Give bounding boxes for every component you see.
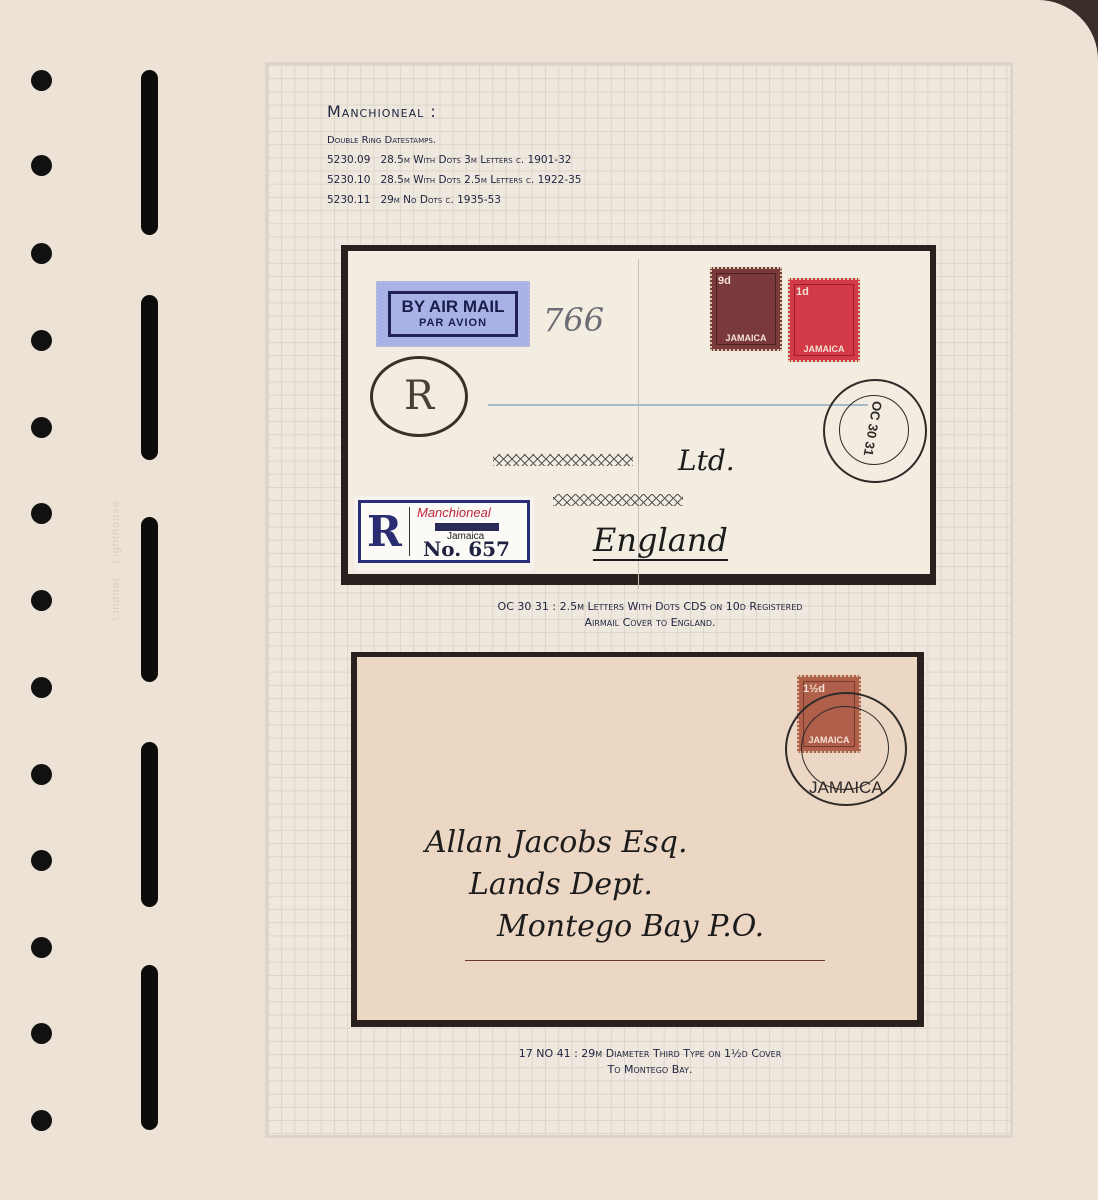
struck-out-text	[493, 454, 633, 466]
type-code: 5230.11	[327, 194, 370, 206]
type-desc: 28.5m With Dots 3m Letters c. 1901-32	[380, 154, 571, 166]
address-underline	[465, 960, 825, 961]
stamp-value: 1d	[796, 286, 809, 298]
registered-airmail-cover: BY AIR MAIL PAR AVION 766 R 9d JAMAICA 1…	[348, 251, 930, 574]
binder-hole	[31, 330, 52, 351]
binder-slot	[141, 517, 158, 682]
stamp-country: JAMAICA	[790, 344, 858, 354]
binder-hole	[31, 677, 52, 698]
caption-line: To Montego Bay.	[420, 1062, 880, 1078]
type-desc: 29m No Dots c. 1935-53	[380, 194, 501, 206]
registration-label: R Manchioneal Jamaica No. 657	[354, 496, 534, 571]
type-row: 5230.11 29m No Dots c. 1935-53	[327, 194, 581, 206]
binder-hole	[31, 1110, 52, 1131]
montego-bay-cover: 1½d JAMAICA JAMAICA Allan Jacobs Esq. La…	[357, 657, 917, 1020]
binder-hole	[31, 70, 52, 91]
registration-office: Manchioneal	[417, 505, 491, 520]
type-row: 5230.09 28.5m With Dots 3m Letters c. 19…	[327, 154, 581, 166]
stamp-country: JAMAICA	[712, 333, 780, 343]
binder-slot	[141, 742, 158, 907]
address-line: England	[593, 521, 728, 561]
binder-slot	[141, 70, 158, 235]
binder-hole	[31, 764, 52, 785]
caption-line: 17 NO 41 : 29m Diameter Third Type on 1½…	[420, 1046, 880, 1062]
registration-number: No. 657	[423, 537, 510, 561]
cds-postmark: OC 30 31	[823, 379, 927, 483]
address-line: Allan Jacobs Esq.	[425, 825, 688, 860]
registration-letter: R	[367, 507, 402, 556]
caption-line: OC 30 31 : 2.5m Letters With Dots CDS on…	[420, 599, 880, 615]
type-code: 5230.10	[327, 174, 370, 186]
binder-hole	[31, 417, 52, 438]
type-desc: 28.5m With Dots 2.5m Letters c. 1922-35	[380, 174, 581, 186]
cover-caption: OC 30 31 : 2.5m Letters With Dots CDS on…	[420, 599, 880, 631]
cover-caption: 17 NO 41 : 29m Diameter Third Type on 1½…	[420, 1046, 880, 1078]
page-watermark: Lindner · Lighthouse	[110, 500, 122, 620]
crayon-line	[488, 404, 868, 406]
manuscript-number: 766	[543, 301, 604, 339]
binder-hole	[31, 1023, 52, 1044]
address-line: Lands Dept.	[469, 867, 653, 902]
r-in-oval-mark: R	[370, 356, 468, 437]
stamp-value: 9d	[718, 275, 731, 287]
stamp-9d: 9d JAMAICA	[710, 267, 782, 351]
address-line: Ltd.	[678, 444, 735, 477]
binder-hole	[31, 850, 52, 871]
cds-postmark: JAMAICA	[785, 692, 907, 806]
stamp-1d: 1d JAMAICA	[788, 278, 860, 362]
stamp-value: 1½d	[803, 683, 825, 695]
binder-slot	[141, 965, 158, 1130]
notes-subtitle: Double Ring Datestamps.	[327, 135, 581, 146]
binder-hole	[31, 590, 52, 611]
binder-hole	[31, 243, 52, 264]
album-page: Lindner · Lighthouse Manchioneal : Doubl…	[0, 0, 1098, 1200]
airmail-label-line1: BY AIR MAIL	[391, 297, 515, 317]
airmail-label-line2: PAR AVION	[391, 317, 515, 329]
header-notes: Manchioneal : Double Ring Datestamps. 52…	[327, 102, 581, 206]
struck-out-text	[553, 494, 683, 506]
airmail-label: BY AIR MAIL PAR AVION	[376, 281, 530, 347]
binder-hole	[31, 155, 52, 176]
caption-line: Airmail Cover to England.	[420, 615, 880, 631]
type-row: 5230.10 28.5m With Dots 2.5m Letters c. …	[327, 174, 581, 186]
postmark-country: JAMAICA	[809, 778, 883, 798]
binder-hole	[31, 937, 52, 958]
binder-hole	[31, 503, 52, 524]
page-title: Manchioneal :	[327, 102, 581, 121]
address-line: Montego Bay P.O.	[497, 909, 764, 944]
binder-slot	[141, 295, 158, 460]
type-code: 5230.09	[327, 154, 370, 166]
